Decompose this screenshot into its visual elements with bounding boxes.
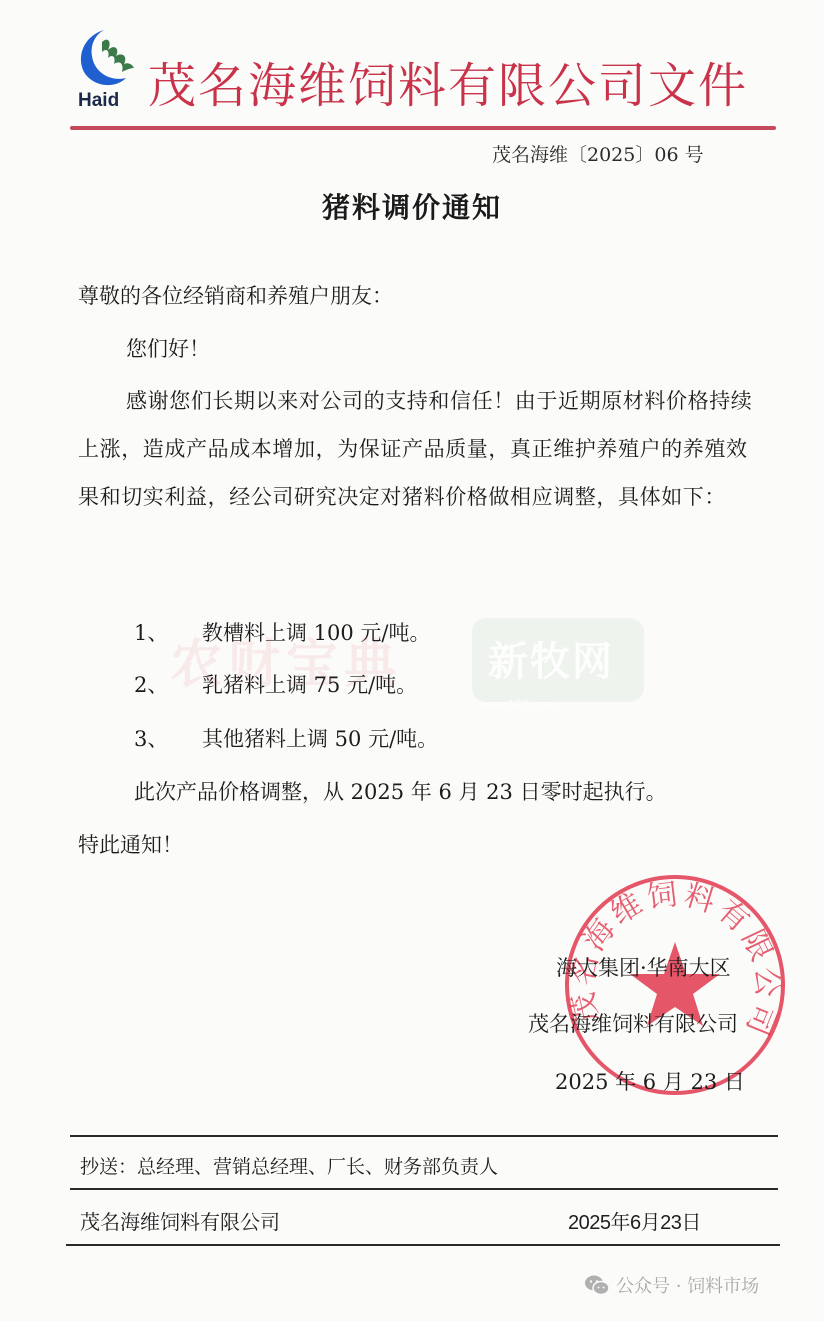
signature-date: 2025 年 6 月 23 日: [555, 1066, 745, 1096]
item-text: 教槽料上调 100 元/吨。: [202, 621, 431, 645]
watermark-right-url: xmm123.com: [480, 698, 556, 711]
notice-title: 猪料调价通知: [0, 186, 824, 226]
item-number: 2、: [134, 662, 202, 708]
item-number: 1、: [134, 610, 202, 656]
effective-date-statement: 此次产品价格调整，从 2025 年 6 月 23 日零时起执行。: [134, 769, 667, 815]
footer-company: 茂名海维饲料有限公司: [80, 1206, 280, 1235]
salutation: 您们好！: [126, 326, 210, 372]
wechat-account-label: 公众号 · 饲料市场: [616, 1272, 759, 1298]
document-page: Haid 茂名海维饲料有限公司文件 茂名海维〔2025〕06 号 猪料调价通知 …: [0, 0, 824, 1321]
wechat-icon: [584, 1274, 610, 1296]
footer-rule: [66, 1244, 780, 1246]
cc-recipients: 抄送：总经理、营销总经理、厂长、财务部负责人: [80, 1152, 498, 1179]
crescent-mountain-icon: [74, 28, 144, 90]
header-red-rule: [70, 126, 776, 130]
greeting: 尊敬的各位经销商和养殖户朋友：: [78, 273, 393, 319]
signature-group: 海大集团·华南大区: [556, 952, 731, 982]
watermark-right: 新牧网: [488, 630, 614, 687]
footer-rule: [70, 1188, 778, 1190]
body-paragraph: 感谢您们长期以来对公司的支持和信任！由于近期原材料价格持续上涨，造成产品成本增加…: [78, 377, 768, 521]
document-number: 茂名海维〔2025〕06 号: [492, 140, 704, 167]
signature-company: 茂名海维饲料有限公司: [528, 1008, 738, 1038]
item-text: 乳猪料上调 75 元/吨。: [202, 673, 417, 697]
wechat-watermark: 公众号 · 饲料市场: [584, 1272, 759, 1298]
price-item: 1、教槽料上调 100 元/吨。: [134, 610, 431, 656]
footer-date: 2025年6月23日: [568, 1206, 701, 1235]
closing-line: 特此通知！: [78, 822, 183, 868]
price-item: 2、乳猪料上调 75 元/吨。: [134, 662, 417, 708]
item-number: 3、: [134, 716, 202, 762]
haid-logo: Haid: [74, 28, 144, 114]
item-text: 其他猪料上调 50 元/吨。: [202, 727, 438, 751]
footer-rule: [70, 1135, 778, 1137]
price-item: 3、其他猪料上调 50 元/吨。: [134, 716, 438, 762]
logo-text: Haid: [78, 90, 119, 112]
company-document-title: 茂名海维饲料有限公司文件: [148, 56, 748, 116]
